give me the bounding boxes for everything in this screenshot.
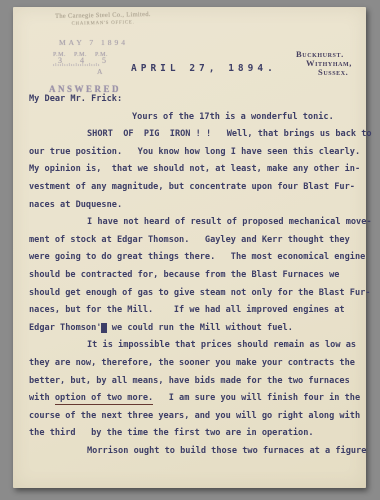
letter-text: with (29, 393, 55, 403)
letter-text: Yours of the 17th is a wonderful tonic. (132, 112, 334, 122)
letter-line: Edgar Thomson's we could run the Mill wi… (29, 320, 359, 338)
letter-text: our true position. You know how long I h… (29, 147, 360, 157)
letter-text: Morrison ought to build those two furnac… (87, 446, 366, 456)
letter-text: they are now, therefore, the sooner you … (29, 358, 355, 368)
letter-line: My Dear Mr. Frick: (29, 91, 359, 109)
letter-text: My Dear Mr. Frick: (29, 94, 122, 104)
letter-text: SHORT OF PIG IRON ! ! Well, that brings … (87, 129, 372, 139)
letter-line: should be contracted for, because from t… (29, 267, 359, 285)
letter-text: better, but, by all means, have bids mad… (29, 376, 350, 386)
letter-text: the third by the time the first two are … (29, 428, 314, 438)
company-receipt-stamp: The Carnegie Steel Co., Limited. CHAIRMA… (53, 11, 153, 27)
letter-body: My Dear Mr. Frick:Yours of the 17th is a… (29, 91, 359, 460)
letter-line: the third by the time the first two are … (29, 425, 359, 443)
received-stamp-date: MAY 7 1894 (53, 38, 173, 47)
letter-line: ment of stock at Edgar Thomson. Gayley a… (29, 232, 359, 250)
letter-line: with option of two more. I am sure you w… (29, 390, 359, 408)
letter-text: we could run the Mill without fuel. (107, 323, 293, 333)
letter-line: should get enough of gas to give steam n… (29, 285, 359, 303)
letter-text: naces at Duquesne. (29, 200, 122, 210)
letter-line: our true position. You know how long I h… (29, 144, 359, 162)
letter-text: naces, but for the Mill. If we had all i… (29, 305, 345, 315)
letter-line: naces at Duquesne. (29, 197, 359, 215)
underlined-phrase: option of two more. (55, 393, 153, 405)
letter-text: were going to do great things there. The… (29, 252, 365, 262)
letterhead-county: Sussex. (283, 68, 363, 77)
letter-text: I am sure you will finish four in the (153, 393, 360, 403)
letter-page: The Carnegie Steel Co., Limited. CHAIRMA… (13, 7, 366, 488)
letter-line: I have not heard of result of proposed m… (29, 214, 359, 232)
letter-text: I have not heard of result of proposed m… (87, 217, 372, 227)
letter-line: My opinion is, that we should not, at le… (29, 161, 359, 179)
letter-line: were going to do great things there. The… (29, 249, 359, 267)
letter-line: better, but, by all means, have bids mad… (29, 373, 359, 391)
letter-text: Edgar Thomson' (29, 323, 101, 333)
company-stamp-office: CHAIRMAN'S OFFICE. (53, 20, 153, 27)
letterhead-address: Buckhurst. Withyham, Sussex. (283, 50, 363, 77)
letter-line: SHORT OF PIG IRON ! ! Well, that brings … (29, 126, 359, 144)
letter-text: vestment of any magnitude, but concentra… (29, 182, 355, 192)
company-stamp-name: The Carnegie Steel Co., Limited. (53, 11, 153, 20)
letter-text: should be contracted for, because from t… (29, 270, 339, 280)
letter-text: It is impossible that prices should rema… (87, 340, 356, 350)
letter-text: should get enough of gas to give steam n… (29, 288, 370, 298)
letter-line: vestment of any magnitude, but concentra… (29, 179, 359, 197)
letter-line: they are now, therefore, the sooner you … (29, 355, 359, 373)
letter-text: course of the next three years, and you … (29, 411, 360, 421)
letter-text: My opinion is, that we should not, at le… (29, 164, 360, 174)
letter-text: ment of stock at Edgar Thomson. Gayley a… (29, 235, 350, 245)
letter-line: It is impossible that prices should rema… (29, 337, 359, 355)
typed-date-line: APRIL 27, 1894. (131, 63, 277, 74)
scanned-letter-background: { "colors": { "background": "#8b8b8b", "… (0, 0, 380, 500)
letter-line: course of the next three years, and you … (29, 408, 359, 426)
letter-line: Yours of the 17th is a wonderful tonic. (29, 109, 359, 127)
letter-line: naces, but for the Mill. If we had all i… (29, 302, 359, 320)
letter-line: Morrison ought to build those two furnac… (29, 443, 359, 461)
